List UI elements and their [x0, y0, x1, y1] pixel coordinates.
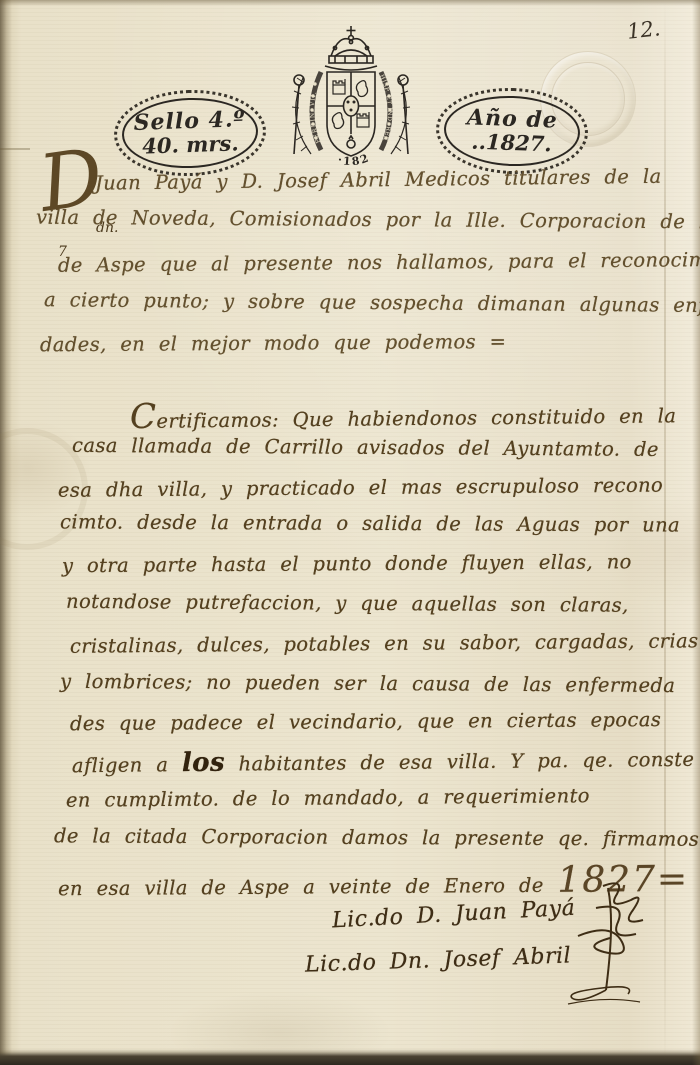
signature-juan-paya: Lic.do D. Juan Payá	[332, 896, 576, 934]
manuscript-body: D dn. 7 Juan Payá y D. Josef Abril Medic…	[0, 168, 700, 901]
fiscal-stamp: Sello 4.º 40. mrs.	[112, 22, 590, 180]
svg-text:FERDIN. VII.: FERDIN. VII.	[309, 90, 322, 144]
stamp-value-text: Sello 4.º 40. mrs.	[121, 96, 259, 171]
manuscript-line: dades, en el mejor modo que podemos =	[40, 329, 700, 374]
manuscript-line: a cierto punto; y sobre que sospecha dim…	[44, 288, 700, 334]
manuscript-lines: Juan Payá y D. Josef Abril Medicos titul…	[0, 168, 700, 901]
stamp-value-oval: Sello 4.º 40. mrs.	[113, 87, 268, 178]
line-text: habitantes de esa villa. Y pa. qe. const…	[225, 748, 695, 776]
line-text: en esa villa de Aspe a veinte de Enero d…	[58, 874, 544, 900]
manuscript-line-certificamos: Certificamos: Que habiendonos constituid…	[130, 391, 700, 437]
svg-text:HISP. ET IND. REX: HISP. ET IND. REX	[378, 73, 393, 142]
arms-legend-left: FERDIN. VII.	[309, 90, 322, 144]
manuscript-line-with-correction: afligen a los habitantes de esa villa. Y…	[72, 743, 700, 790]
signature-josef-abril: Lic.do Dn. Josef Abril	[305, 943, 572, 977]
stamp-price-label: 40. mrs.	[142, 132, 239, 157]
stamp-year-value: ..1827.	[471, 130, 552, 155]
ink-overwrite: los	[182, 748, 225, 778]
manuscript-line: casa llamada de Carrillo avisados del Ay…	[72, 434, 700, 478]
page-bottom-edge	[0, 1049, 700, 1065]
manuscript-line: cimto. desde la entrada o salida de las …	[60, 510, 700, 553]
paper-crease	[0, 148, 30, 150]
coat-of-arms-icon: FERDIN. VII. HISP. ET IND. REX ·1827·	[265, 22, 437, 180]
manuscript-line: villa de Noveda, Comisionados por la Ill…	[36, 206, 700, 251]
line-text: afligen a	[72, 753, 182, 777]
manuscript-page: 12. Sello 4.º 40. mrs.	[0, 0, 700, 1065]
page-top-edge	[0, 0, 700, 6]
manuscript-line: cristalinas, dulces, potables en su sabo…	[70, 629, 700, 674]
manuscript-line: en cumplimto. de lo mandado, a requerimi…	[66, 783, 700, 829]
manuscript-line: Juan Payá y D. Josef Abril Medicos titul…	[95, 164, 700, 211]
manuscript-line: de Aspe que al presente nos hallamos, pa…	[58, 248, 700, 294]
stamp-year-oval: Año de ..1827.	[435, 85, 590, 176]
arms-legend-right: HISP. ET IND. REX	[378, 73, 393, 142]
manuscript-line: notandose putrefaccion, y que aquellas s…	[66, 590, 700, 634]
stamp-year-text: Año de ..1827.	[443, 94, 581, 169]
signature-rubric-flourish	[548, 878, 658, 1018]
manuscript-line: y otra parte hasta el punto donde fluyen…	[62, 550, 700, 594]
folio-number: 12.	[625, 16, 661, 43]
